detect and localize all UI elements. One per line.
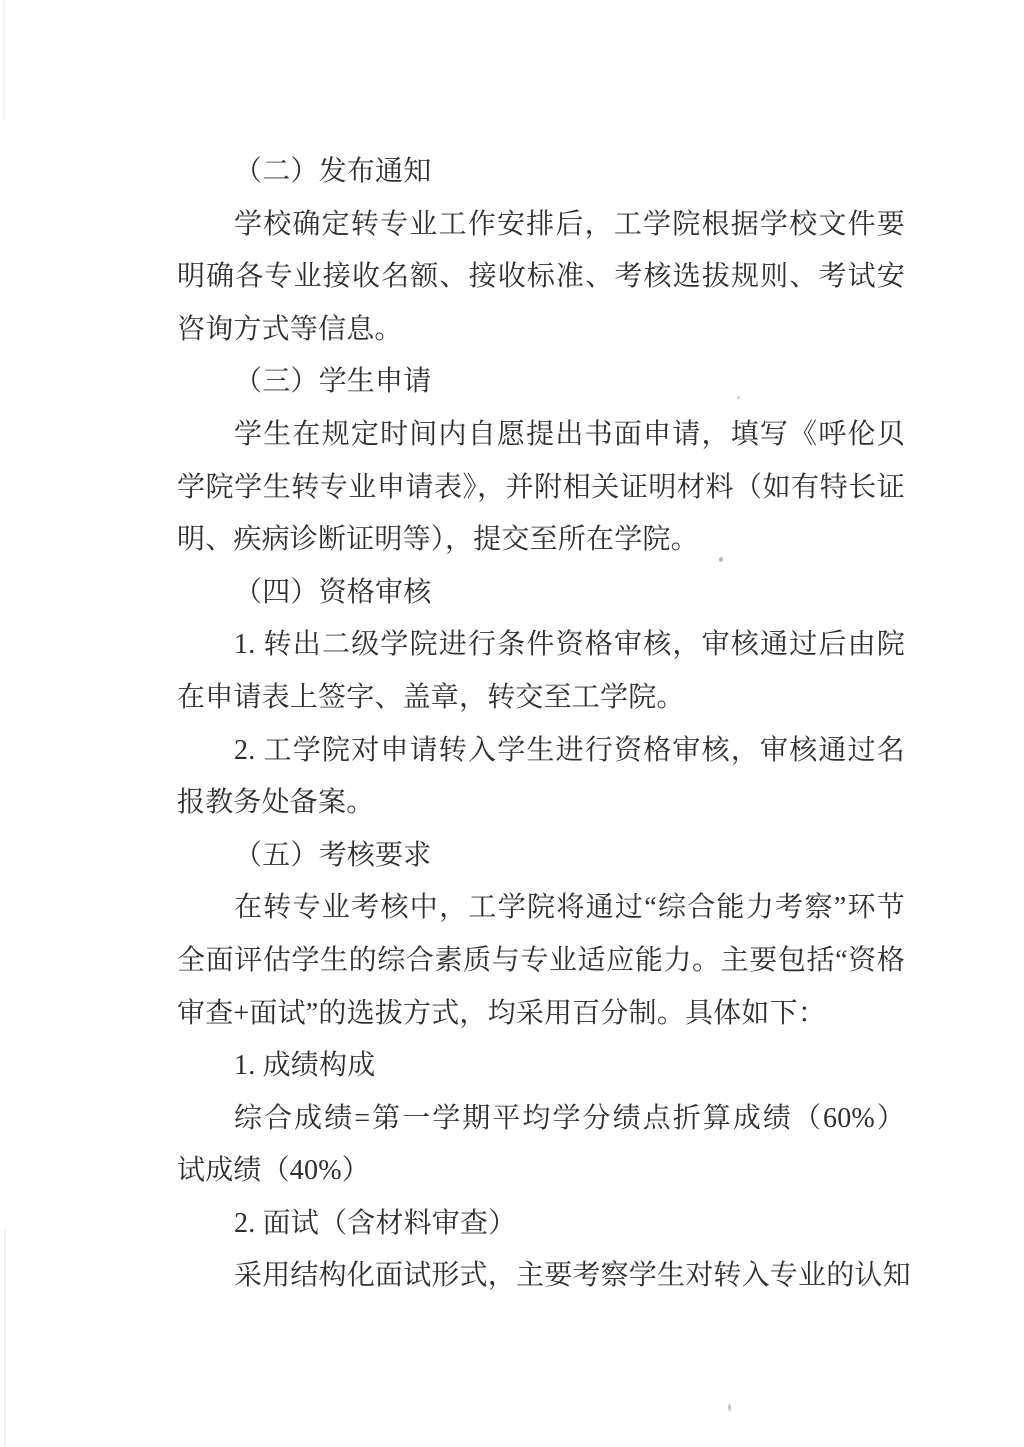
- section-heading: （三）学生申请: [177, 356, 905, 409]
- scan-artifact-dot: [737, 396, 740, 399]
- scan-artifact-dot: [719, 557, 723, 562]
- scan-artifact-dot: [728, 1404, 731, 1411]
- scan-edge-artifact: [3, 0, 5, 120]
- text-line: 咨询方式等信息。: [177, 304, 905, 357]
- scanned-document-page: （二）发布通知 学校确定转专业工作安排后，工学院根据学校文件要求， 明确各专业接…: [0, 0, 1024, 1447]
- text-line: 在申请表上签字、盖章，转交至工学院。: [177, 672, 905, 725]
- text-line: 1. 转出二级学院进行条件资格审核，审核通过后由院长: [177, 619, 905, 672]
- text-line: 采用结构化面试形式，主要考察学生对转入专业的认知: [177, 1250, 905, 1303]
- section-heading: （二）发布通知: [177, 146, 905, 199]
- text-line: 2. 工学院对申请转入学生进行资格审核，审核通过名单: [177, 725, 905, 778]
- text-line: 明、疾病诊断证明等），提交至所在学院。: [177, 514, 905, 567]
- text-line: 试成绩（40%）: [177, 1145, 905, 1198]
- section-heading: （四）资格审核: [177, 567, 905, 620]
- sub-heading: 1. 成绩构成: [177, 1040, 905, 1093]
- text-line: 学院学生转专业申请表》，并附相关证明材料（如有特长证: [177, 462, 905, 515]
- section-heading: （五）考核要求: [177, 830, 905, 883]
- text-line: 综合成绩=第一学期平均学分绩点折算成绩（60%）+面: [177, 1093, 905, 1146]
- text-line: 报教务处备案。: [177, 777, 905, 830]
- text-line: 学校确定转专业工作安排后，工学院根据学校文件要求，: [177, 199, 905, 252]
- sub-heading: 2. 面试（含材料审查）: [177, 1198, 905, 1251]
- text-line: 明确各专业接收名额、接收标准、考核选拔规则、考试安排、: [177, 251, 905, 304]
- text-line: 审查+面试”的选拔方式，均采用百分制。具体如下：: [177, 988, 905, 1041]
- text-line: 在转专业考核中，工学院将通过“综合能力考察”环节: [177, 882, 905, 935]
- document-text-block: （二）发布通知 学校确定转专业工作安排后，工学院根据学校文件要求， 明确各专业接…: [177, 146, 905, 1303]
- text-line: 全面评估学生的综合素质与专业适应能力。主要包括“资格: [177, 935, 905, 988]
- scan-edge-artifact: [4, 1230, 6, 1447]
- text-line: 学生在规定时间内自愿提出书面申请，填写《呼伦贝尔: [177, 409, 905, 462]
